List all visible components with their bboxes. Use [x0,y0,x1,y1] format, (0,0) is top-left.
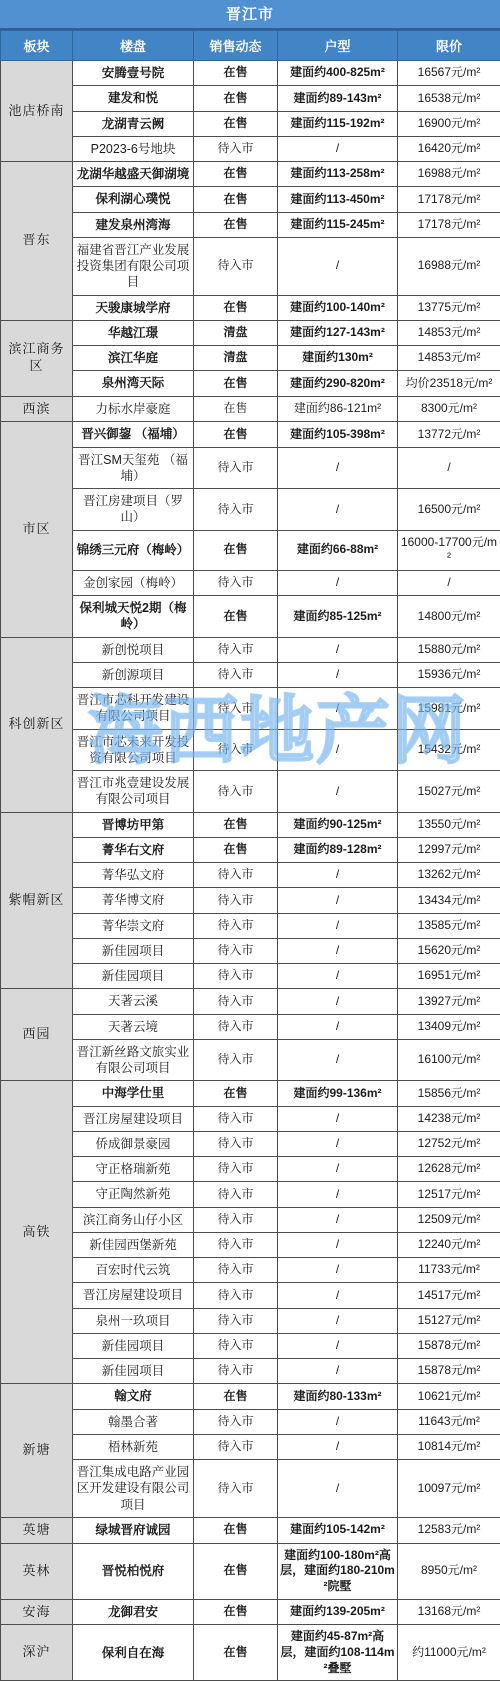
col-header-sales-status: 销售动态 [194,31,278,61]
project-name-cell: 晋江房建项目（罗山） [73,489,194,531]
price-cell: 8300元/m² [398,396,500,422]
project-name-cell: 晋悦柏悦府 [73,1543,194,1599]
section-cell: 市区 [1,422,73,637]
project-name-cell: 守正格瑞新苑 [73,1157,194,1182]
unit-type-cell: 建面约115-245m² [278,212,398,237]
status-cell: 待入市 [194,237,278,295]
price-cell: 13550元/m² [398,812,500,837]
table-row: 高铁中海学仕里在售建面约99-136m²15856元/m² [1,1081,500,1106]
unit-type-cell: / [278,1359,398,1384]
project-name-cell: 新佳园西堡新苑 [73,1232,194,1257]
unit-type-cell: 建面约113-258m² [278,162,398,187]
project-name-cell: 守正陶然新苑 [73,1182,194,1207]
project-name-cell: 华越江璟 [73,320,194,345]
unit-type-cell: / [278,1106,398,1131]
price-cell: 16988元/m² [398,162,500,187]
price-cell: 15936元/m² [398,662,500,687]
status-cell: 在售 [194,837,278,862]
section-cell: 科创新区 [1,637,73,812]
project-name-cell: 新创悦项目 [73,637,194,662]
price-cell: 12583元/m² [398,1517,500,1543]
project-name-cell: 建发和悦 [73,86,194,111]
table-row: 池店桥南安腾壹号院在售建面约400-825m²16567元/m² [1,61,500,86]
project-name-cell: 福建省晋江产业发展投资集团有限公司项目 [73,237,194,295]
section-cell: 晋东 [1,162,73,321]
table-row: 锦绣三元府（梅岭）在售建面约66-88m²16000-17700元/m² [1,530,500,570]
status-cell: 在售 [194,1543,278,1599]
price-cell: 13409元/m² [398,1014,500,1039]
unit-type-cell: / [278,964,398,989]
col-header-block: 板块 [1,31,73,61]
price-cell: 16100元/m² [398,1039,500,1081]
status-cell: 待入市 [194,1207,278,1232]
table-row: 新佳园项目待入市/15878元/m² [1,1333,500,1358]
project-name-cell: 梧林新苑 [73,1434,194,1459]
unit-type-cell: / [278,1014,398,1039]
status-cell: 待入市 [194,1157,278,1182]
status-cell: 待入市 [194,1106,278,1131]
table-row: 翰墨合著待入市/11643元/m² [1,1409,500,1434]
project-name-cell: 翰墨合著 [73,1409,194,1434]
project-name-cell: 龙湖华越盛天御湖境 [73,162,194,187]
price-cell: 15856元/m² [398,1081,500,1106]
price-cell: 14853元/m² [398,346,500,371]
status-cell: 在售 [194,371,278,396]
table-row: 侨成御景豪园待入市/12752元/m² [1,1131,500,1156]
status-cell: 待入市 [194,637,278,662]
table-row: 英林晋悦柏悦府在售建面约100-180m²高层，建面约180-210m²院墅89… [1,1543,500,1599]
project-name-cell: P2023-6号地块 [73,136,194,161]
price-cell: 13772元/m² [398,422,500,447]
unit-type-cell: / [278,637,398,662]
project-name-cell: 天骏康城学府 [73,295,194,320]
table-row: P2023-6号地块待入市/16420元/m² [1,136,500,161]
project-name-cell: 晋江市芯科开发建设有限公司项目 [73,688,194,730]
project-name-cell: 晋博坊甲第 [73,812,194,837]
col-header-project: 楼盘 [73,31,194,61]
status-cell: 待入市 [194,771,278,813]
price-cell: 10814元/m² [398,1434,500,1459]
status-cell: 待入市 [194,662,278,687]
project-name-cell: 新佳园项目 [73,1333,194,1358]
section-cell: 深沪 [1,1625,73,1681]
price-cell: 14800元/m² [398,596,500,638]
unit-type-cell: / [278,1157,398,1182]
status-cell: 待入市 [194,447,278,489]
unit-type-cell: / [278,1308,398,1333]
unit-type-cell: / [278,1460,398,1518]
price-cell: 12997元/m² [398,837,500,862]
project-name-cell: 菁华博文府 [73,888,194,913]
table-row: 滨江商务区华越江璟清盘建面约127-143m²14853元/m² [1,320,500,345]
unit-type-cell: 建面约89-128m² [278,837,398,862]
project-name-cell: 滨江商务山仔小区 [73,1207,194,1232]
status-cell: 待入市 [194,1460,278,1518]
table-row: 晋江房建项目（罗山）待入市/16500元/m² [1,489,500,531]
project-name-cell: 新佳园项目 [73,938,194,963]
price-cell: 14853元/m² [398,320,500,345]
price-cell: 15880元/m² [398,637,500,662]
table-row: 天骏康城学府在售建面约100-140m²13775元/m² [1,295,500,320]
unit-type-cell: 建面约66-88m² [278,530,398,570]
project-name-cell: 菁华崇文府 [73,913,194,938]
table-row: 龙湖青云阙在售建面约115-192m²16900元/m² [1,111,500,136]
project-name-cell: 菁华右文府 [73,837,194,862]
status-cell: 待入市 [194,1039,278,1081]
status-cell: 待入市 [194,1014,278,1039]
table-row: 建发和悦在售建面约89-143m²16538元/m² [1,86,500,111]
status-cell: 在售 [194,111,278,136]
table-row: 新佳园项目待入市/15878元/m² [1,1359,500,1384]
table-row: 晋东龙湖华越盛天御湖境在售建面约113-258m²16988元/m² [1,162,500,187]
section-cell: 滨江商务区 [1,320,73,396]
unit-type-cell: / [278,1131,398,1156]
status-cell: 待入市 [194,570,278,595]
status-cell: 待入市 [194,1232,278,1257]
price-cell: 16951元/m² [398,964,500,989]
table-row: 科创新区新创悦项目待入市/15880元/m² [1,637,500,662]
price-cell: 10097元/m² [398,1460,500,1518]
status-cell: 待入市 [194,863,278,888]
project-name-cell: 侨成御景豪园 [73,1131,194,1156]
section-cell: 西园 [1,989,73,1081]
project-name-cell: 安腾壹号院 [73,61,194,86]
project-name-cell: 晋江新丝路文旅实业有限公司项目 [73,1039,194,1081]
status-cell: 待入市 [194,1283,278,1308]
unit-type-cell: 建面约290-820m² [278,371,398,396]
project-name-cell: 晋江市兆壹建设发展有限公司项目 [73,771,194,813]
project-name-cell: 锦绣三元府（梅岭） [73,530,194,570]
unit-type-cell: 建面约105-142m² [278,1517,398,1543]
status-cell: 待入市 [194,1333,278,1358]
unit-type-cell: / [278,136,398,161]
project-name-cell: 晋江集成电路产业园区开发建设有限公司项目 [73,1460,194,1518]
price-cell: 16420元/m² [398,136,500,161]
price-cell: 15432元/m² [398,729,500,771]
section-cell: 高铁 [1,1081,73,1384]
section-cell: 英林 [1,1543,73,1599]
status-cell: 待入市 [194,964,278,989]
price-cell: 12752元/m² [398,1131,500,1156]
price-cell: 均价23518元/m² [398,371,500,396]
table-row: 泉州湾天际在售建面约290-820m²均价23518元/m² [1,371,500,396]
status-cell: 在售 [194,1081,278,1106]
unit-type-cell: 建面约139-205m² [278,1599,398,1625]
status-cell: 待入市 [194,1131,278,1156]
unit-type-cell: 建面约113-450m² [278,187,398,212]
table-row: 金创家园（梅岭）待入市// [1,570,500,595]
section-cell: 池店桥南 [1,61,73,162]
table-row: 晋江市兆壹建设发展有限公司项目待入市/15027元/m² [1,771,500,813]
table-row: 菁华右文府在售建面约89-128m²12997元/m² [1,837,500,862]
table-row: 保利湖心璞悦在售建面约113-450m²17178元/m² [1,187,500,212]
table-row: 安海龙御君安在售建面约139-205m²13168元/m² [1,1599,500,1625]
price-cell: 16538元/m² [398,86,500,111]
unit-type-cell: 建面约90-125m² [278,812,398,837]
table-row: 西滨力标水岸豪庭在售建面约86-121m²8300元/m² [1,396,500,422]
price-cell: 13168元/m² [398,1599,500,1625]
unit-type-cell: / [278,447,398,489]
project-name-cell: 金创家园（梅岭） [73,570,194,595]
price-cell: 约11000元/m² [398,1625,500,1681]
project-name-cell: 晋江房屋建设项目 [73,1283,194,1308]
table-row: 深沪保利自在海在售建面约45-87m²高层，建面约108-114m²叠墅约110… [1,1625,500,1681]
unit-type-cell: / [278,688,398,730]
unit-type-cell: 建面约400-825m² [278,61,398,86]
status-cell: 待入市 [194,1258,278,1283]
unit-type-cell: / [278,570,398,595]
price-cell: 10621元/m² [398,1384,500,1409]
status-cell: 待入市 [194,489,278,531]
table-row: 英塘绿城晋府诚园在售建面约105-142m²12583元/m² [1,1517,500,1543]
price-cell: 17178元/m² [398,212,500,237]
status-cell: 待入市 [194,1308,278,1333]
unit-type-cell: 建面约127-143m² [278,320,398,345]
price-cell: 12509元/m² [398,1207,500,1232]
table-row: 菁华弘文府待入市/13262元/m² [1,863,500,888]
project-name-cell: 新创源项目 [73,662,194,687]
table-row: 晋江房屋建设项目待入市/14517元/m² [1,1283,500,1308]
price-cell: 15127元/m² [398,1308,500,1333]
col-header-price-limit: 限价 [398,31,500,61]
unit-type-cell: / [278,1283,398,1308]
price-cell: 16900元/m² [398,111,500,136]
table-row: 市区晋兴御鋆 （福埔）在售建面约105-398m²13772元/m² [1,422,500,447]
price-cell: 16500元/m² [398,489,500,531]
status-cell: 在售 [194,1384,278,1409]
col-header-unit-type: 户型 [278,31,398,61]
price-cell: 17178元/m² [398,187,500,212]
unit-type-cell: / [278,863,398,888]
table-row: 新佳园项目待入市/16951元/m² [1,964,500,989]
status-cell: 待入市 [194,888,278,913]
status-cell: 待入市 [194,938,278,963]
project-name-cell: 菁华弘文府 [73,863,194,888]
section-cell: 紫帽新区 [1,812,73,989]
unit-type-cell: / [278,1258,398,1283]
table-row: 晋江房屋建设项目待入市/14238元/m² [1,1106,500,1131]
unit-type-cell: / [278,771,398,813]
unit-type-cell: 建面约130m² [278,346,398,371]
table-row: 晋江市芯未来开发投资有限公司项目待入市/15432元/m² [1,729,500,771]
status-cell: 待入市 [194,989,278,1014]
unit-type-cell: / [278,1039,398,1081]
unit-type-cell: / [278,938,398,963]
table-row: 天著云境待入市/13409元/m² [1,1014,500,1039]
price-cell: 12240元/m² [398,1232,500,1257]
unit-type-cell: 建面约100-180m²高层，建面约180-210m²院墅 [278,1543,398,1599]
status-cell: 待入市 [194,1434,278,1459]
price-cell: 13434元/m² [398,888,500,913]
status-cell: 在售 [194,812,278,837]
price-table-page: 晋江市 板块 楼盘 销售动态 户型 限价 池店桥南安腾壹号院在售建面约400-8… [0,0,500,1681]
section-cell: 英塘 [1,1517,73,1543]
status-cell: 待入市 [194,729,278,771]
status-cell: 在售 [194,1517,278,1543]
table-row: 保利城天悦2期（梅岭）在售建面约85-125m²14800元/m² [1,596,500,638]
price-cell: / [398,447,500,489]
status-cell: 待入市 [194,136,278,161]
price-cell: 13262元/m² [398,863,500,888]
price-cell: 15878元/m² [398,1359,500,1384]
price-cell: 15878元/m² [398,1333,500,1358]
status-cell: 待入市 [194,1359,278,1384]
section-cell: 安海 [1,1599,73,1625]
price-cell: 13775元/m² [398,295,500,320]
status-cell: 待入市 [194,913,278,938]
unit-type-cell: / [278,1182,398,1207]
price-cell: 14517元/m² [398,1283,500,1308]
status-cell: 清盘 [194,346,278,371]
price-cell: 8950元/m² [398,1543,500,1599]
status-cell: 在售 [194,212,278,237]
price-cell: 13927元/m² [398,989,500,1014]
project-name-cell: 绿城晋府诚园 [73,1517,194,1543]
price-limit-table: 板块 楼盘 销售动态 户型 限价 池店桥南安腾壹号院在售建面约400-825m²… [0,30,500,1681]
project-name-cell: 保利城天悦2期（梅岭） [73,596,194,638]
price-cell: 11643元/m² [398,1409,500,1434]
price-cell: 11733元/m² [398,1258,500,1283]
page-title: 晋江市 [0,0,500,30]
unit-type-cell: / [278,1409,398,1434]
project-name-cell: 新佳园项目 [73,1359,194,1384]
unit-type-cell: 建面约99-136m² [278,1081,398,1106]
project-name-cell: 晋兴御鋆 （福埔） [73,422,194,447]
project-name-cell: 泉州湾天际 [73,371,194,396]
status-cell: 在售 [194,530,278,570]
price-cell: 15620元/m² [398,938,500,963]
unit-type-cell: 建面约80-133m² [278,1384,398,1409]
project-name-cell: 天著云境 [73,1014,194,1039]
unit-type-cell: / [278,888,398,913]
unit-type-cell: 建面约86-121m² [278,396,398,422]
section-cell: 新塘 [1,1384,73,1518]
unit-type-cell: / [278,729,398,771]
project-name-cell: 龙湖青云阙 [73,111,194,136]
unit-type-cell: 建面约89-143m² [278,86,398,111]
unit-type-cell: / [278,1232,398,1257]
status-cell: 清盘 [194,320,278,345]
price-cell: 14238元/m² [398,1106,500,1131]
unit-type-cell: / [278,1434,398,1459]
table-row: 守正格瑞新苑待入市/12628元/m² [1,1157,500,1182]
table-row: 滨江华庭清盘建面约130m²14853元/m² [1,346,500,371]
table-row: 梧林新苑待入市/10814元/m² [1,1434,500,1459]
table-row: 滨江商务山仔小区待入市/12509元/m² [1,1207,500,1232]
price-cell: / [398,570,500,595]
unit-type-cell: 建面约45-87m²高层，建面约108-114m²叠墅 [278,1625,398,1681]
price-cell: 15027元/m² [398,771,500,813]
table-row: 新佳园西堡新苑待入市/12240元/m² [1,1232,500,1257]
table-row: 晋江新丝路文旅实业有限公司项目待入市/16100元/m² [1,1039,500,1081]
project-name-cell: 天著云溪 [73,989,194,1014]
status-cell: 待入市 [194,688,278,730]
table-row: 守正陶然新苑待入市/12517元/m² [1,1182,500,1207]
unit-type-cell: 建面约100-140m² [278,295,398,320]
status-cell: 待入市 [194,1409,278,1434]
status-cell: 在售 [194,187,278,212]
project-name-cell: 翰文府 [73,1384,194,1409]
status-cell: 在售 [194,596,278,638]
project-name-cell: 力标水岸豪庭 [73,396,194,422]
status-cell: 在售 [194,1625,278,1681]
section-cell: 西滨 [1,396,73,422]
unit-type-cell: / [278,1207,398,1232]
project-name-cell: 泉州一玖项目 [73,1308,194,1333]
unit-type-cell: / [278,913,398,938]
unit-type-cell: / [278,489,398,531]
table-row: 新塘翰文府在售建面约80-133m²10621元/m² [1,1384,500,1409]
table-row: 晋江市芯科开发建设有限公司项目待入市/15981元/m² [1,688,500,730]
unit-type-cell: 建面约105-398m² [278,422,398,447]
unit-type-cell: 建面约85-125m² [278,596,398,638]
status-cell: 在售 [194,61,278,86]
project-name-cell: 龙御君安 [73,1599,194,1625]
status-cell: 在售 [194,396,278,422]
price-cell: 16000-17700元/m² [398,530,500,570]
price-cell: 16567元/m² [398,61,500,86]
price-cell: 12517元/m² [398,1182,500,1207]
status-cell: 待入市 [194,1182,278,1207]
status-cell: 在售 [194,162,278,187]
project-name-cell: 保利湖心璞悦 [73,187,194,212]
unit-type-cell: / [278,237,398,295]
table-row: 晋江集成电路产业园区开发建设有限公司项目待入市/10097元/m² [1,1460,500,1518]
project-name-cell: 中海学仕里 [73,1081,194,1106]
table-row: 西园天著云溪待入市/13927元/m² [1,989,500,1014]
status-cell: 在售 [194,86,278,111]
unit-type-cell: / [278,1333,398,1358]
table-row: 新创源项目待入市/15936元/m² [1,662,500,687]
header-row: 板块 楼盘 销售动态 户型 限价 [1,31,500,61]
table-row: 紫帽新区晋博坊甲第在售建面约90-125m²13550元/m² [1,812,500,837]
project-name-cell: 新佳园项目 [73,964,194,989]
project-name-cell: 晋江市芯未来开发投资有限公司项目 [73,729,194,771]
table-row: 菁华博文府待入市/13434元/m² [1,888,500,913]
project-name-cell: 百宏时代云筑 [73,1258,194,1283]
project-name-cell: 保利自在海 [73,1625,194,1681]
table-body: 池店桥南安腾壹号院在售建面约400-825m²16567元/m²建发和悦在售建面… [1,61,500,1681]
price-cell: 13585元/m² [398,913,500,938]
status-cell: 在售 [194,1599,278,1625]
unit-type-cell: 建面约115-192m² [278,111,398,136]
project-name-cell: 晋江房屋建设项目 [73,1106,194,1131]
unit-type-cell: / [278,989,398,1014]
status-cell: 在售 [194,295,278,320]
table-row: 百宏时代云筑待入市/11733元/m² [1,1258,500,1283]
price-cell: 15981元/m² [398,688,500,730]
table-row: 泉州一玖项目待入市/15127元/m² [1,1308,500,1333]
project-name-cell: 滨江华庭 [73,346,194,371]
price-cell: 16988元/m² [398,237,500,295]
status-cell: 在售 [194,422,278,447]
project-name-cell: 晋江SM天玺苑 （福埔） [73,447,194,489]
table-row: 晋江SM天玺苑 （福埔）待入市// [1,447,500,489]
price-cell: 12628元/m² [398,1157,500,1182]
table-row: 新佳园项目待入市/15620元/m² [1,938,500,963]
unit-type-cell: / [278,662,398,687]
table-row: 福建省晋江产业发展投资集团有限公司项目待入市/16988元/m² [1,237,500,295]
table-row: 菁华崇文府待入市/13585元/m² [1,913,500,938]
table-row: 建发泉州湾海在售建面约115-245m²17178元/m² [1,212,500,237]
project-name-cell: 建发泉州湾海 [73,212,194,237]
